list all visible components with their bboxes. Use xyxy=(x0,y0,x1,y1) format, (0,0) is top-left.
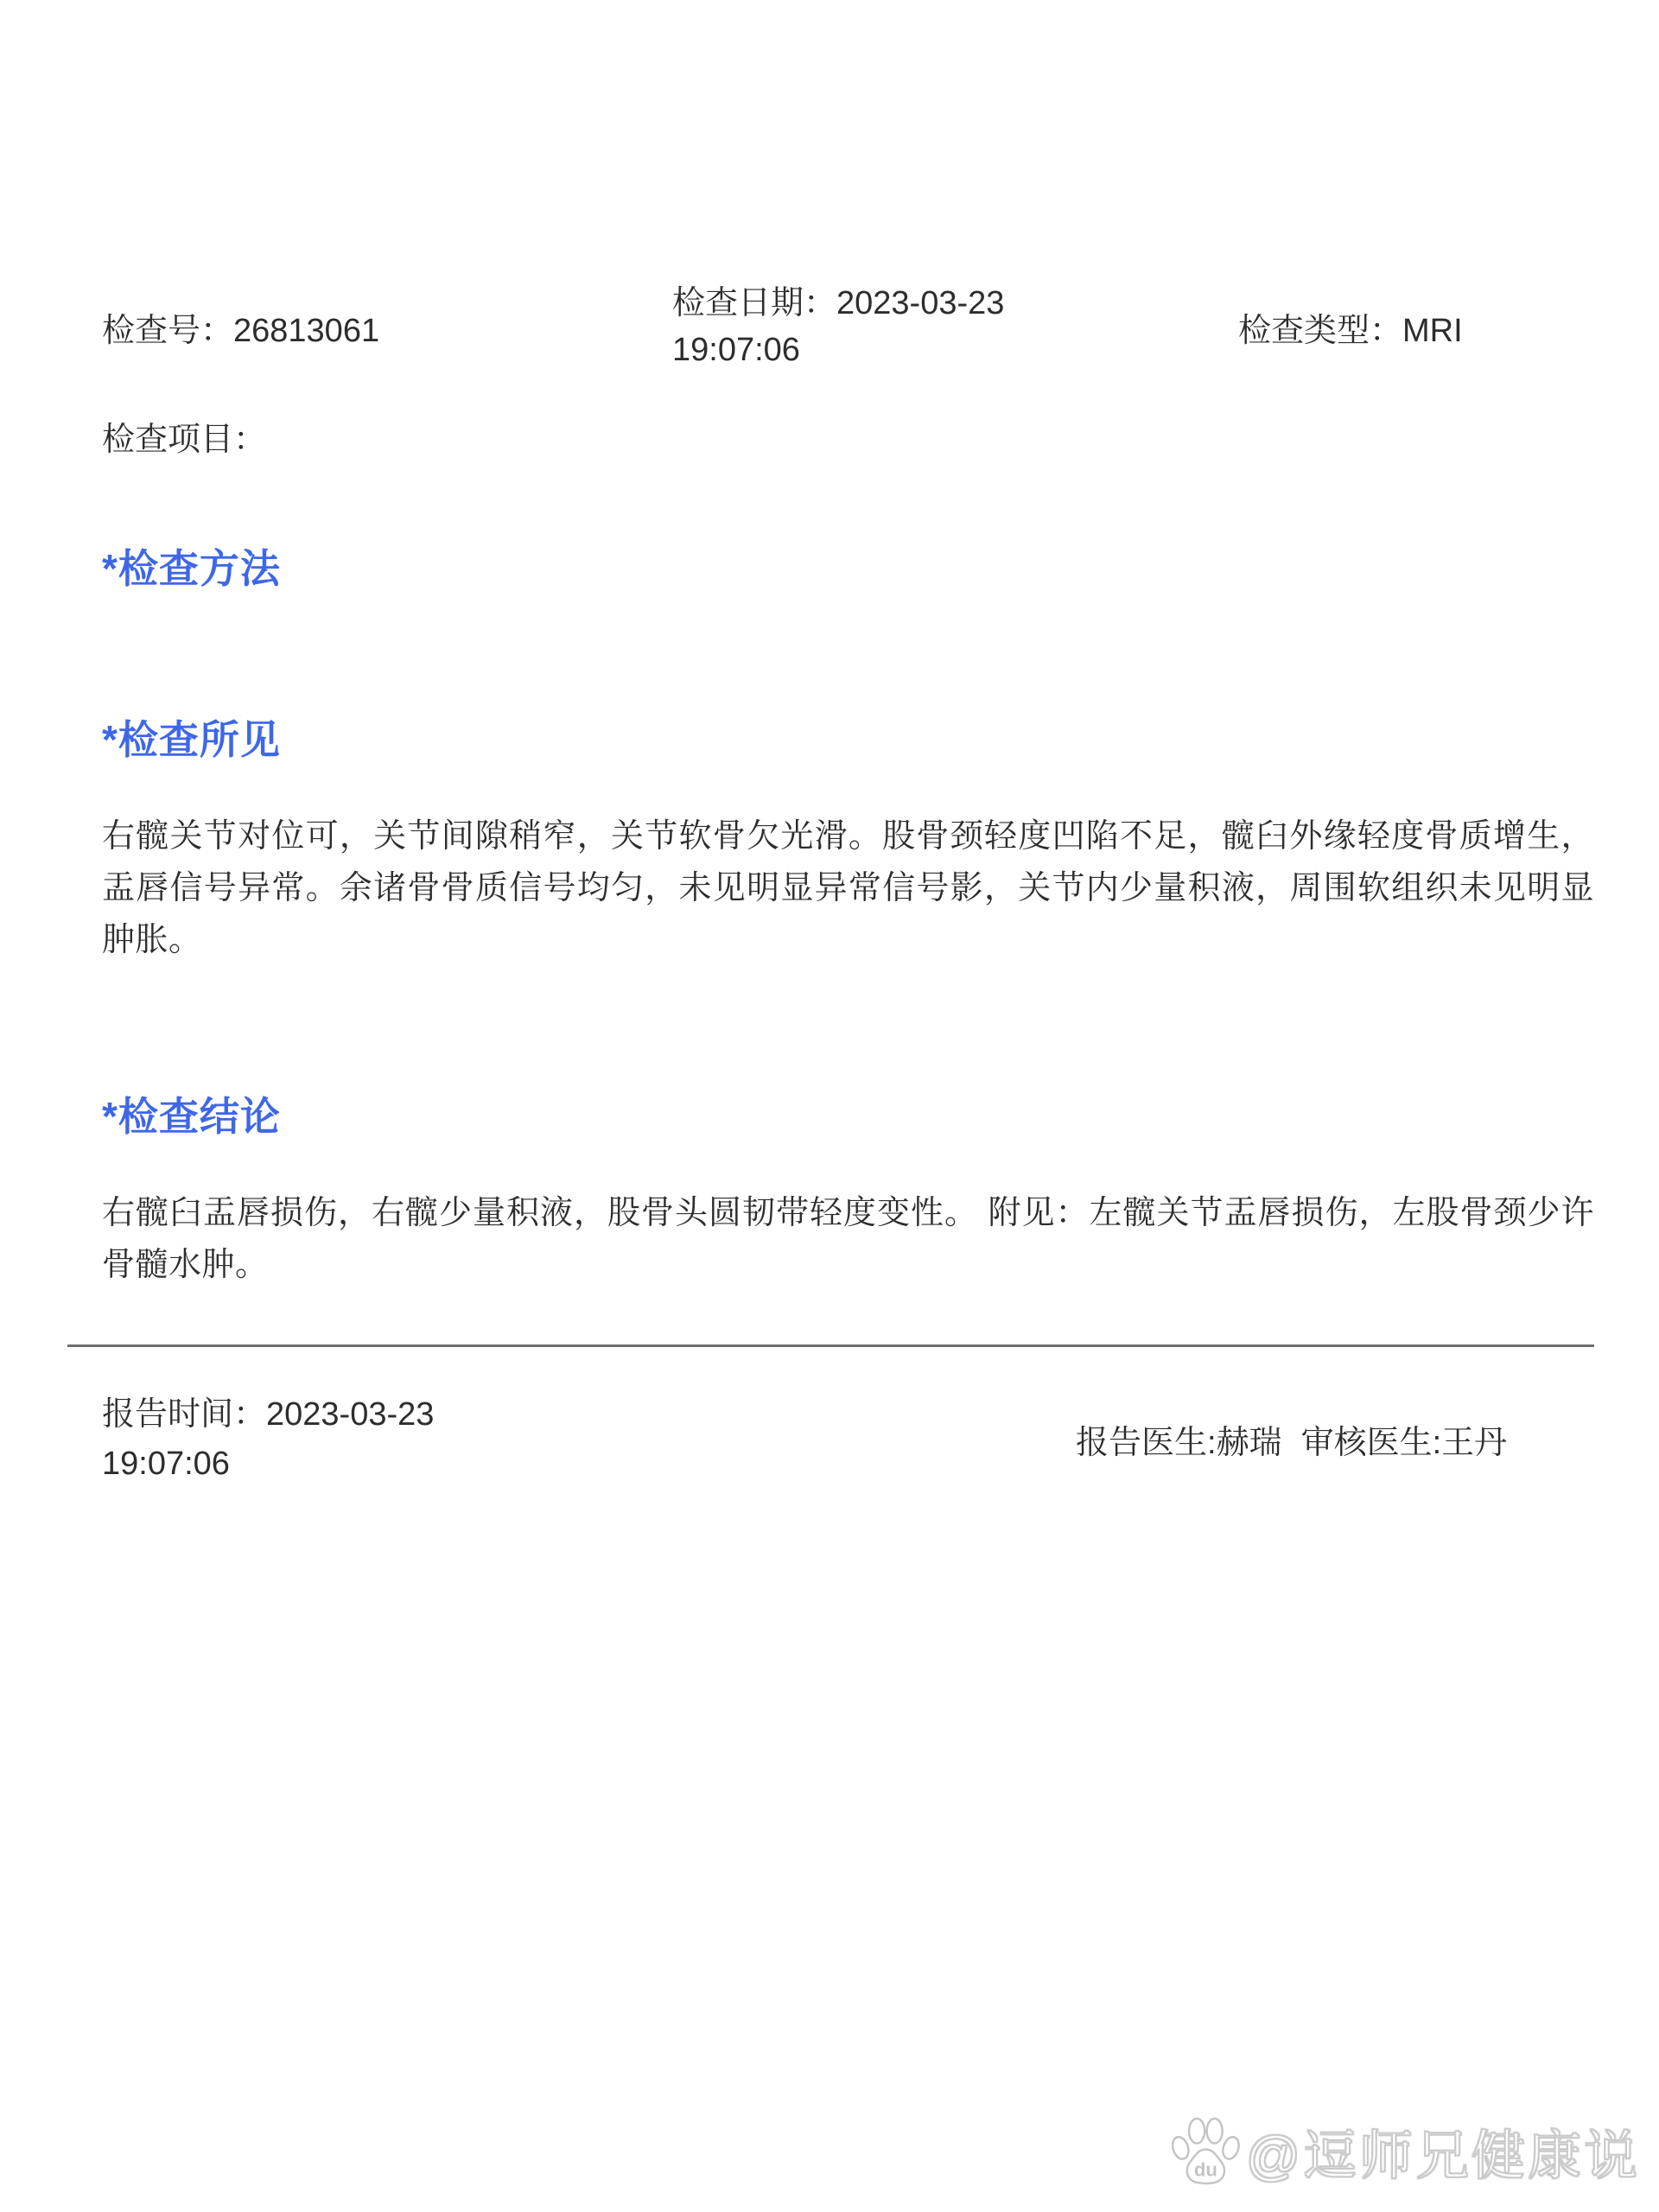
exam-number: 检查号：26813061 xyxy=(102,303,672,351)
watermark: du @逗师兄健康说 xyxy=(1170,2113,1640,2190)
report-time-label: 报告时间： xyxy=(102,1396,266,1433)
report-time-value: 19:07:06 xyxy=(102,1440,1076,1489)
report-page: 检查号：26813061 检查日期：2023-03-23 19:07:06 检查… xyxy=(0,0,1659,1489)
exam-type-value: MRI xyxy=(1402,313,1463,349)
baidu-paw-icon-text: du xyxy=(1194,2158,1217,2180)
review-doctor-name: 王丹 xyxy=(1441,1425,1507,1461)
exam-number-label: 检查号： xyxy=(102,313,233,349)
report-doctor-label: 报告医生: xyxy=(1076,1425,1217,1461)
report-time: 报告时间：2023-03-23 19:07:06 xyxy=(102,1390,1076,1489)
report-header: 检查号：26813061 检查日期：2023-03-23 19:07:06 检查… xyxy=(102,281,1594,374)
review-doctor-label: 审核医生: xyxy=(1301,1425,1442,1461)
report-date-value: 2023-03-23 xyxy=(266,1396,434,1433)
report-date-line: 报告时间：2023-03-23 xyxy=(102,1390,1076,1440)
report-doctor-name: 赫瑞 xyxy=(1217,1425,1282,1461)
exam-type: 检查类型：MRI xyxy=(1238,303,1594,351)
exam-type-label: 检查类型： xyxy=(1238,313,1402,349)
divider xyxy=(67,1344,1594,1347)
report-footer: 报告时间：2023-03-23 19:07:06 报告医生:赫瑞审核医生:王丹 xyxy=(102,1390,1594,1489)
exam-date-line: 检查日期：2023-03-23 xyxy=(672,281,1238,327)
section-heading-conclusion: *检查结论 xyxy=(102,1085,1594,1142)
exam-items-label: 检查项目： xyxy=(102,412,1594,460)
exam-datetime: 检查日期：2023-03-23 19:07:06 xyxy=(672,281,1238,374)
exam-date-label: 检查日期： xyxy=(672,285,836,321)
findings-text: 右髋关节对位可，关节间隙稍窄，关节软骨欠光滑。股骨颈轻度凹陷不足，髋臼外缘轻度骨… xyxy=(102,810,1594,966)
section-heading-findings: *检查所见 xyxy=(102,709,1594,766)
doctors-line: 报告医生:赫瑞审核医生:王丹 xyxy=(1076,1415,1594,1463)
conclusion-text: 右髋臼盂唇损伤，右髋少量积液，股骨头圆韧带轻度变性。 附见：左髋关节盂唇损伤，左… xyxy=(102,1187,1594,1291)
exam-number-value: 26813061 xyxy=(233,313,379,349)
section-heading-method: *检查方法 xyxy=(102,537,1594,594)
baidu-paw-icon: du xyxy=(1170,2113,1241,2190)
exam-date-value: 2023-03-23 xyxy=(836,285,1004,321)
exam-time-value: 19:07:06 xyxy=(672,327,1238,374)
watermark-text: @逗师兄健康说 xyxy=(1246,2113,1640,2190)
